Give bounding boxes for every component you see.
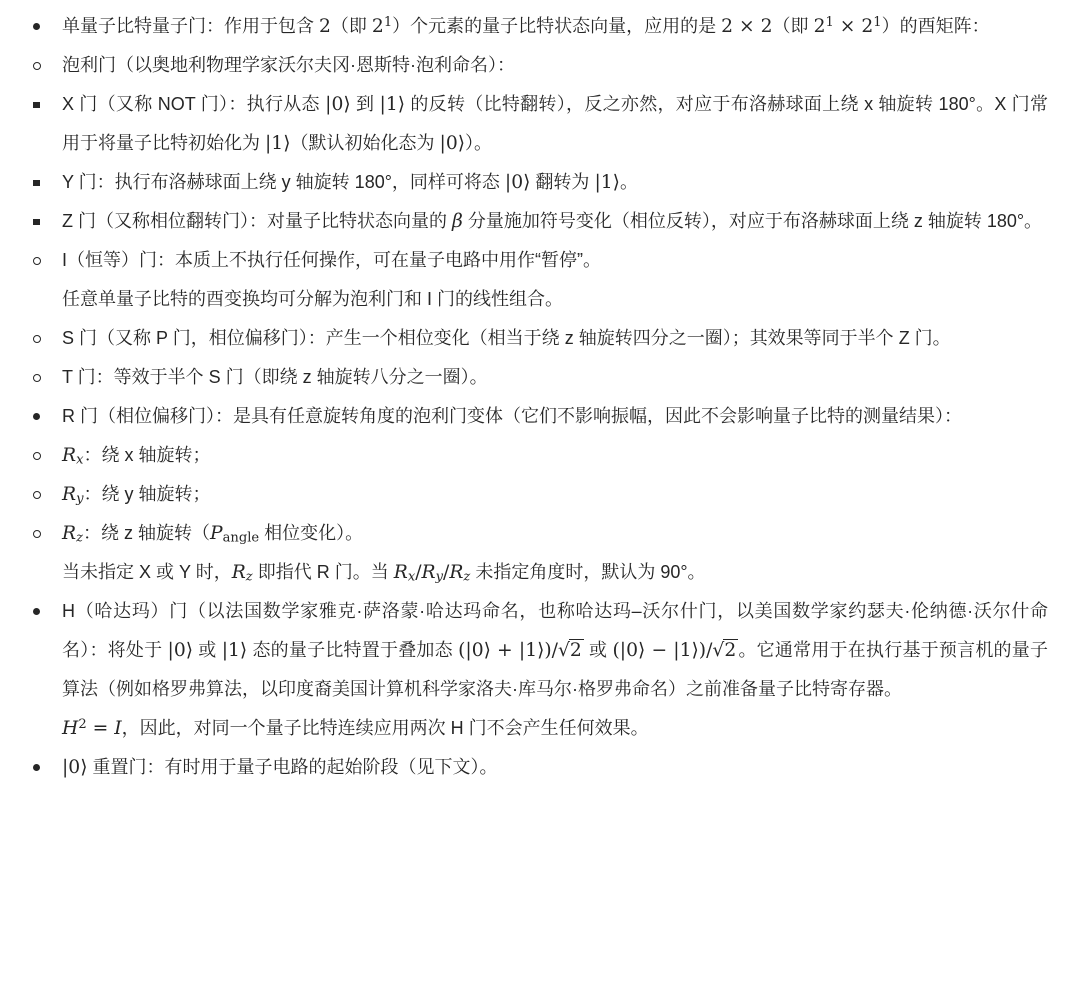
item-line: 当未指定 X 或 Y 时，Rz 即指代 R 门。当 Rx/Ry/Rz 未指定角度… <box>62 553 1048 592</box>
text-run: I（恒等）门：本质上不执行任何操作，可在量子电路中用作“暂停”。 <box>62 250 601 270</box>
text-run: （即 <box>773 16 814 36</box>
item-line: H2 = I，因此，对同一个量子比特连续应用两次 H 门不会产生任何效果。 <box>62 709 1048 748</box>
text-run: R 门（相位偏移门）：是具有任意旋转角度的泡利门变体（它们不影响振幅，因此不会影… <box>62 406 962 426</box>
item-line: Rz：绕 z 轴旋转（Pangle 相位变化）。 <box>62 514 1048 553</box>
sqrt-expression: √2 <box>712 640 738 661</box>
text-run: X 门（又称 NOT 门）：执行从态 <box>62 94 325 114</box>
bullet-circle-icon <box>33 62 41 70</box>
item-content: 单量子比特量子门：作用于包含 2（即 21）个元素的量子比特状态向量，应用的是 … <box>62 7 1048 46</box>
bullet-circle-icon <box>33 257 41 265</box>
inline-math: |0⟩ <box>168 640 194 661</box>
text-run: T 门：等效于半个 S 门（即绕 z 轴旋转八分之一圈）。 <box>62 367 488 387</box>
bullet-square-icon <box>33 180 40 187</box>
text-run: 翻转为 <box>530 172 594 192</box>
bullet-disc-icon <box>33 608 40 615</box>
bullet-circle-icon <box>33 335 41 343</box>
text-run: 泡利门（以奥地利物理学家沃尔夫冈·恩斯特·泡利命名）： <box>62 55 515 75</box>
inline-math: (|0⟩ + |1⟩)/√2 <box>458 640 584 661</box>
inline-math: |0⟩ <box>440 133 466 154</box>
text-run: 分量施加符号变化（相位反转），对应于布洛赫球面上绕 z 轴旋转 180°。 <box>463 211 1042 231</box>
text-run: ：绕 z 轴旋转（ <box>83 523 210 543</box>
text-run: 单量子比特量子门：作用于包含 <box>62 16 319 36</box>
item-line: |0⟩ 重置门：有时用于量子电路的起始阶段（见下文）。 <box>62 748 1048 787</box>
bullet-circle-icon <box>33 530 41 538</box>
item-content: Rz：绕 z 轴旋转（Pangle 相位变化）。当未指定 X 或 Y 时，Rz … <box>62 514 1048 592</box>
bullet-square-icon <box>33 219 40 226</box>
text-run: 。 <box>620 172 638 192</box>
item-line: Z 门（又称相位翻转门）：对量子比特状态向量的 β 分量施加符号变化（相位反转）… <box>62 202 1048 241</box>
list-item-single-qubit-gates: 单量子比特量子门：作用于包含 2（即 21）个元素的量子比特状态向量，应用的是 … <box>30 7 1048 46</box>
inline-math: |1⟩ <box>594 172 620 193</box>
bullet-disc-icon <box>33 23 40 30</box>
inline-math: |1⟩ <box>380 94 406 115</box>
list-item-i-gate: I（恒等）门：本质上不执行任何操作，可在量子电路中用作“暂停”。任意单量子比特的… <box>30 241 1048 319</box>
text-run: Z 门（又称相位翻转门）：对量子比特状态向量的 <box>62 211 452 231</box>
inline-math: (|0⟩ − |1⟩)/√2 <box>613 640 739 661</box>
inline-math: 2 × 2 <box>721 16 772 37</box>
text-run: ）个元素的量子比特状态向量，应用的是 <box>392 16 721 36</box>
text-run: 重置门：有时用于量子电路的起始阶段（见下文）。 <box>88 757 498 777</box>
bullet-circle-icon <box>33 374 41 382</box>
list-item-t-gate: T 门：等效于半个 S 门（即绕 z 轴旋转八分之一圈）。 <box>30 358 1048 397</box>
item-content: T 门：等效于半个 S 门（即绕 z 轴旋转八分之一圈）。 <box>62 358 1048 397</box>
bullet-list: 单量子比特量子门：作用于包含 2（即 21）个元素的量子比特状态向量，应用的是 … <box>0 0 1080 787</box>
item-content: Y 门：执行布洛赫球面上绕 y 轴旋转 180°，同样可将态 |0⟩ 翻转为 |… <box>62 163 1048 202</box>
radicand: 2 <box>569 639 584 661</box>
inline-math: Rz <box>232 562 253 583</box>
text-run: ，因此，对同一个量子比特连续应用两次 H 门不会产生任何效果。 <box>122 718 649 738</box>
text-run: 态的量子比特置于叠加态 <box>247 640 458 660</box>
list-item-z-gate: Z 门（又称相位翻转门）：对量子比特状态向量的 β 分量施加符号变化（相位反转）… <box>30 202 1048 241</box>
text-run: （即 <box>331 16 372 36</box>
list-item-h-gate: H（哈达玛）门（以法国数学家雅克·萨洛蒙·哈达玛命名，也称哈达玛–沃尔什门，以美… <box>30 592 1048 748</box>
text-run: 未指定角度时，默认为 90°。 <box>470 562 705 582</box>
inline-math: Ry <box>62 484 84 505</box>
text-run: 当未指定 X 或 Y 时， <box>62 562 232 582</box>
text-run: 或 <box>193 640 222 660</box>
item-line: I（恒等）门：本质上不执行任何操作，可在量子电路中用作“暂停”。 <box>62 241 1048 280</box>
inline-math: H2 = I <box>62 718 122 739</box>
text-run: S 门（又称 P 门，相位偏移门）：产生一个相位变化（相当于绕 z 轴旋转四分之… <box>62 328 951 348</box>
item-line: 任意单量子比特的酉变换均可分解为泡利门和 I 门的线性组合。 <box>62 280 1048 319</box>
bullet-disc-icon <box>33 764 40 771</box>
sqrt-expression: √2 <box>558 640 584 661</box>
inline-math: |0⟩ <box>505 172 531 193</box>
bullet-circle-icon <box>33 452 41 460</box>
inline-math: Rx/Ry/Rz <box>394 562 471 583</box>
bullet-square-icon <box>33 102 40 109</box>
list-item-ket0-reset-gate: |0⟩ 重置门：有时用于量子电路的起始阶段（见下文）。 <box>30 748 1048 787</box>
inline-math: Rz <box>62 523 83 544</box>
item-line: Y 门：执行布洛赫球面上绕 y 轴旋转 180°，同样可将态 |0⟩ 翻转为 |… <box>62 163 1048 202</box>
item-line: Ry：绕 y 轴旋转； <box>62 475 1048 514</box>
item-line: 单量子比特量子门：作用于包含 2（即 21）个元素的量子比特状态向量，应用的是 … <box>62 7 1048 46</box>
item-content: R 门（相位偏移门）：是具有任意旋转角度的泡利门变体（它们不影响振幅，因此不会影… <box>62 397 1048 436</box>
item-line: T 门：等效于半个 S 门（即绕 z 轴旋转八分之一圈）。 <box>62 358 1048 397</box>
text-run: 即指代 R 门。当 <box>253 562 394 582</box>
item-line: S 门（又称 P 门，相位偏移门）：产生一个相位变化（相当于绕 z 轴旋转四分之… <box>62 319 1048 358</box>
item-content: Ry：绕 y 轴旋转； <box>62 475 1048 514</box>
item-content: |0⟩ 重置门：有时用于量子电路的起始阶段（见下文）。 <box>62 748 1048 787</box>
item-line: 泡利门（以奥地利物理学家沃尔夫冈·恩斯特·泡利命名）： <box>62 46 1048 85</box>
list-item-x-gate: X 门（又称 NOT 门）：执行从态 |0⟩ 到 |1⟩ 的反转（比特翻转），反… <box>30 85 1048 163</box>
item-content: Z 门（又称相位翻转门）：对量子比特状态向量的 β 分量施加符号变化（相位反转）… <box>62 202 1048 241</box>
radicand: 2 <box>723 639 738 661</box>
text-run: ：绕 x 轴旋转； <box>83 445 210 465</box>
inline-math: |0⟩ <box>325 94 351 115</box>
item-line: Rx：绕 x 轴旋转； <box>62 436 1048 475</box>
inline-math: 21 <box>372 16 392 37</box>
document-page: 单量子比特量子门：作用于包含 2（即 21）个元素的量子比特状态向量，应用的是 … <box>0 0 1080 787</box>
inline-math: |1⟩ <box>222 640 248 661</box>
list-item-r-gates: R 门（相位偏移门）：是具有任意旋转角度的泡利门变体（它们不影响振幅，因此不会影… <box>30 397 1048 436</box>
list-item-pauli-gates: 泡利门（以奥地利物理学家沃尔夫冈·恩斯特·泡利命名）： <box>30 46 1048 85</box>
item-line: R 门（相位偏移门）：是具有任意旋转角度的泡利门变体（它们不影响振幅，因此不会影… <box>62 397 1048 436</box>
list-item-rz-gate: Rz：绕 z 轴旋转（Pangle 相位变化）。当未指定 X 或 Y 时，Rz … <box>30 514 1048 592</box>
text-run: （默认初始化态为 <box>291 133 440 153</box>
inline-math: Pangle <box>210 523 259 544</box>
item-content: H（哈达玛）门（以法国数学家雅克·萨洛蒙·哈达玛命名，也称哈达玛–沃尔什门，以美… <box>62 592 1048 748</box>
list-item-y-gate: Y 门：执行布洛赫球面上绕 y 轴旋转 180°，同样可将态 |0⟩ 翻转为 |… <box>30 163 1048 202</box>
inline-math: β <box>452 211 463 232</box>
item-content: 泡利门（以奥地利物理学家沃尔夫冈·恩斯特·泡利命名）： <box>62 46 1048 85</box>
text-run: 相位变化）。 <box>259 523 363 543</box>
item-content: I（恒等）门：本质上不执行任何操作，可在量子电路中用作“暂停”。任意单量子比特的… <box>62 241 1048 319</box>
list-item-rx-gate: Rx：绕 x 轴旋转； <box>30 436 1048 475</box>
inline-math: |0⟩ <box>62 757 88 778</box>
inline-math: 21 × 21 <box>814 16 882 37</box>
item-content: S 门（又称 P 门，相位偏移门）：产生一个相位变化（相当于绕 z 轴旋转四分之… <box>62 319 1048 358</box>
item-line: H（哈达玛）门（以法国数学家雅克·萨洛蒙·哈达玛命名，也称哈达玛–沃尔什门，以美… <box>62 592 1048 709</box>
text-run: 或 <box>584 640 613 660</box>
text-run: ：绕 y 轴旋转； <box>84 484 211 504</box>
text-run: ）。 <box>465 133 492 153</box>
bullet-circle-icon <box>33 491 41 499</box>
item-line: X 门（又称 NOT 门）：执行从态 |0⟩ 到 |1⟩ 的反转（比特翻转），反… <box>62 85 1048 163</box>
text-run: 任意单量子比特的酉变换均可分解为泡利门和 I 门的线性组合。 <box>62 289 563 309</box>
inline-math: |1⟩ <box>265 133 291 154</box>
text-run: Y 门：执行布洛赫球面上绕 y 轴旋转 180°，同样可将态 <box>62 172 505 192</box>
inline-math: Rx <box>62 445 83 466</box>
text-run: 到 <box>351 94 380 114</box>
text-run: ）的酉矩阵： <box>882 16 990 36</box>
bullet-disc-icon <box>33 413 40 420</box>
item-content: Rx：绕 x 轴旋转； <box>62 436 1048 475</box>
inline-math: 2 <box>319 16 331 37</box>
item-content: X 门（又称 NOT 门）：执行从态 |0⟩ 到 |1⟩ 的反转（比特翻转），反… <box>62 85 1048 163</box>
list-item-s-gate: S 门（又称 P 门，相位偏移门）：产生一个相位变化（相当于绕 z 轴旋转四分之… <box>30 319 1048 358</box>
list-item-ry-gate: Ry：绕 y 轴旋转； <box>30 475 1048 514</box>
